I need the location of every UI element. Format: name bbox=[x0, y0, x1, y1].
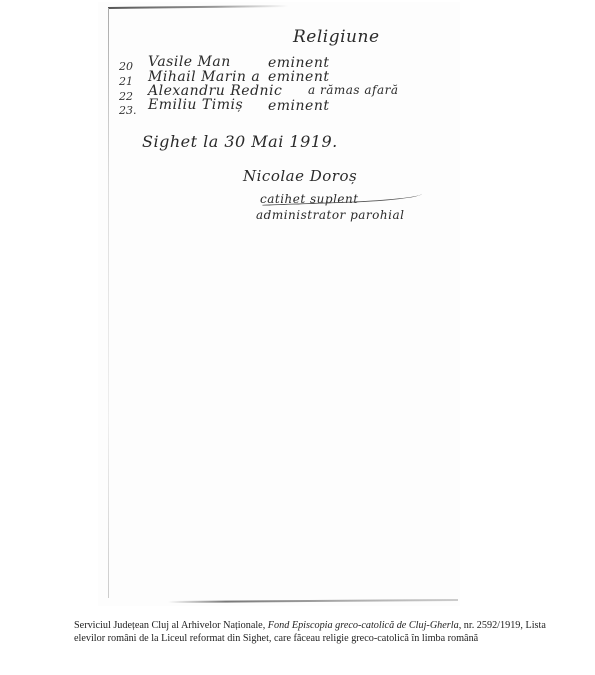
student-grade: a rămas afară bbox=[308, 83, 399, 97]
place-date: Sighet la 30 Mai 1919. bbox=[142, 132, 338, 151]
row-number: 22 bbox=[119, 90, 133, 103]
caption-fond-title: Fond Episcopia greco-catolică de Cluj-Gh… bbox=[268, 620, 459, 631]
row-number: 21 bbox=[119, 75, 133, 88]
signature-title-line2: administrator parohial bbox=[256, 208, 404, 222]
student-grade: eminent bbox=[268, 98, 329, 114]
page-edge-left bbox=[108, 8, 109, 598]
row-number: 20 bbox=[119, 60, 133, 73]
student-name: Emiliu Timiș bbox=[148, 97, 243, 113]
page-edge-top bbox=[108, 5, 288, 9]
page-edge-bottom bbox=[168, 599, 458, 603]
student-name: Vasile Man bbox=[148, 54, 231, 70]
row-number: 23. bbox=[119, 104, 137, 117]
caption-text: Serviciul Județean Cluj al Arhivelor Naț… bbox=[74, 620, 268, 631]
figure-caption: Serviciul Județean Cluj al Arhivelor Naț… bbox=[74, 620, 564, 645]
signature-name: Nicolae Doroș bbox=[243, 167, 357, 185]
heading-religiune: Religiune bbox=[293, 27, 380, 47]
scanned-document: Religiune 20 Vasile Man eminent 21 Mihai… bbox=[98, 2, 460, 606]
